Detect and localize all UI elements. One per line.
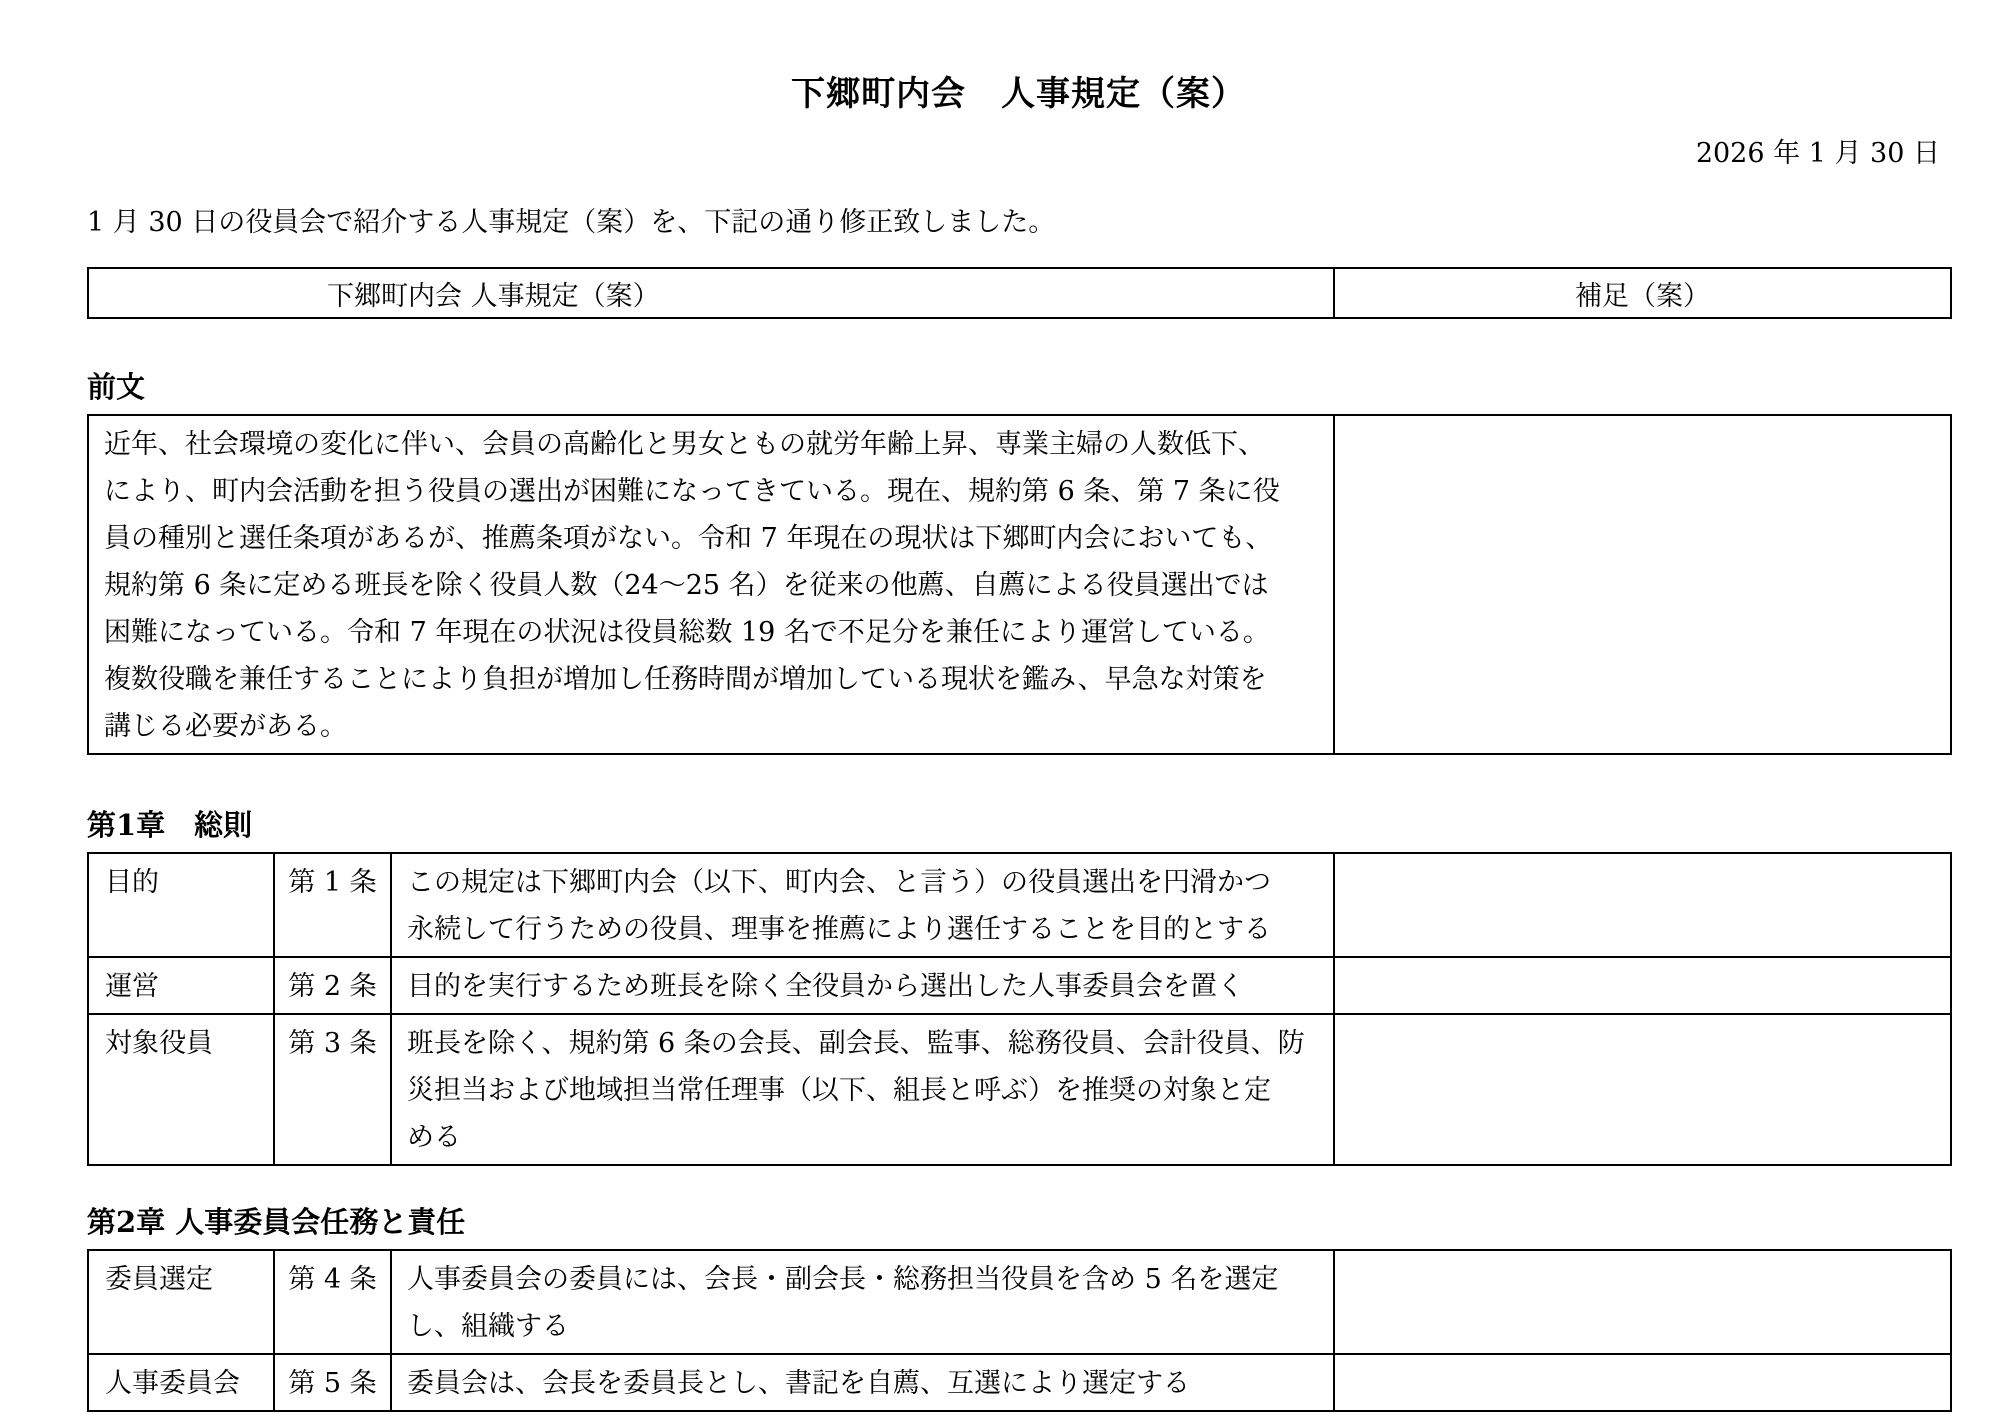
article-text: 班長を除く、規約第 6 条の会長、副会長、監事、総務役員、会計役員、防 災担当お… xyxy=(391,1014,1334,1165)
article-note-cell xyxy=(1334,1014,1951,1165)
document-date: 2026 年 1 月 30 日 xyxy=(87,131,1950,170)
table-row-article-3: 対象役員 第 3 条 班長を除く、規約第 6 条の会長、副会長、監事、総務役員、… xyxy=(88,1014,1951,1165)
row-label: 人事委員会 xyxy=(88,1354,274,1411)
intro-text: 1 月 30 日の役員会で紹介する人事規定（案）を、下記の通り修正致しました。 xyxy=(87,200,1950,239)
chapter1-heading: 第1章 総則 xyxy=(87,805,1950,845)
article-note-cell xyxy=(1334,1354,1951,1411)
preface-table: 近年、社会環境の変化に伴い、会員の高齢化と男女ともの就労年齢上昇、専業主婦の人数… xyxy=(87,414,1952,755)
article-text: 人事委員会の委員には、会長・副会長・総務担当役員を含め 5 名を選定 し、組織す… xyxy=(391,1250,1334,1354)
chapter2-heading: 第2章 人事委員会任務と責任 xyxy=(87,1202,1950,1242)
preface-body-text: 近年、社会環境の変化に伴い、会員の高齢化と男女ともの就労年齢上昇、専業主婦の人数… xyxy=(88,415,1334,754)
header-table: 下郷町内会 人事規定（案） 補足（案） xyxy=(87,267,1952,319)
article-number: 第 2 条 xyxy=(274,957,391,1014)
table-row-article-1: 目的 第 1 条 この規定は下郷町内会（以下、町内会、と言う）の役員選出を円滑か… xyxy=(88,853,1951,957)
article-number: 第 4 条 xyxy=(274,1250,391,1354)
table-row-article-5: 人事委員会 第 5 条 委員会は、会長を委員長とし、書記を自薦、互選により選定す… xyxy=(88,1354,1951,1411)
article-number: 第 5 条 xyxy=(274,1354,391,1411)
header-table-title-cell: 下郷町内会 人事規定（案） xyxy=(88,268,1334,318)
article-text: 委員会は、会長を委員長とし、書記を自薦、互選により選定する xyxy=(391,1354,1334,1411)
chapter1-table: 目的 第 1 条 この規定は下郷町内会（以下、町内会、と言う）の役員選出を円滑か… xyxy=(87,852,1952,1166)
row-label: 委員選定 xyxy=(88,1250,274,1354)
header-table-note-cell: 補足（案） xyxy=(1334,268,1951,318)
document-title: 下郷町内会 人事規定（案） xyxy=(87,66,1950,115)
preface-note-cell xyxy=(1334,415,1951,754)
row-label: 運営 xyxy=(88,957,274,1014)
document-page: 下郷町内会 人事規定（案） 2026 年 1 月 30 日 1 月 30 日の役… xyxy=(87,66,1950,1412)
chapter2-table: 委員選定 第 4 条 人事委員会の委員には、会長・副会長・総務担当役員を含め 5… xyxy=(87,1249,1952,1412)
preface-heading: 前文 xyxy=(87,367,1950,407)
table-row-article-4: 委員選定 第 4 条 人事委員会の委員には、会長・副会長・総務担当役員を含め 5… xyxy=(88,1250,1951,1354)
article-note-cell xyxy=(1334,1250,1951,1354)
article-number: 第 3 条 xyxy=(274,1014,391,1165)
header-table-row: 下郷町内会 人事規定（案） 補足（案） xyxy=(88,268,1951,318)
preface-row: 近年、社会環境の変化に伴い、会員の高齢化と男女ともの就労年齢上昇、専業主婦の人数… xyxy=(88,415,1951,754)
article-text: 目的を実行するため班長を除く全役員から選出した人事委員会を置く xyxy=(391,957,1334,1014)
table-row-article-2: 運営 第 2 条 目的を実行するため班長を除く全役員から選出した人事委員会を置く xyxy=(88,957,1951,1014)
article-note-cell xyxy=(1334,853,1951,957)
row-label: 目的 xyxy=(88,853,274,957)
row-label: 対象役員 xyxy=(88,1014,274,1165)
article-text: この規定は下郷町内会（以下、町内会、と言う）の役員選出を円滑かつ 永続して行うた… xyxy=(391,853,1334,957)
article-note-cell xyxy=(1334,957,1951,1014)
article-number: 第 1 条 xyxy=(274,853,391,957)
